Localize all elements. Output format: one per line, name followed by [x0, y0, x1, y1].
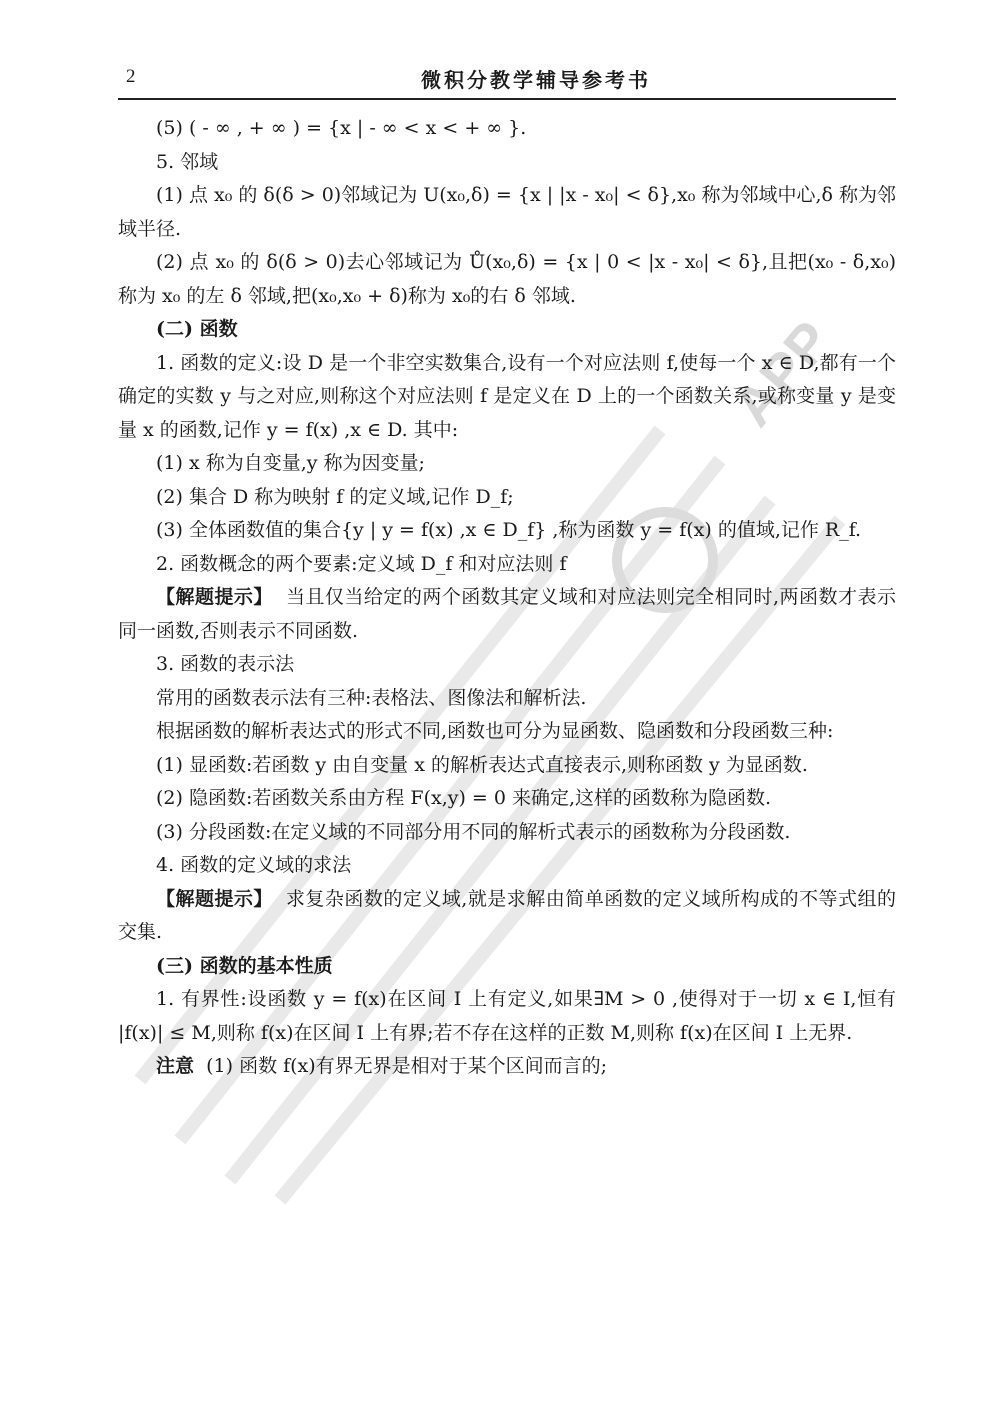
paragraph-definition-2: (2) 集合 D 称为映射 f 的定义域,记作 D_f; [118, 481, 896, 515]
body-text: (5) ( - ∞ , + ∞ ) = {x | - ∞ < x < + ∞ }… [118, 112, 896, 1084]
paragraph-function-definition: 1. 函数的定义:设 D 是一个非空实数集合,设有一个对应法则 f,使每一个 x… [118, 347, 896, 448]
hint-label: 【解题提示】 [156, 586, 273, 608]
note-block: 注意 (1) 函数 f(x)有界无界是相对于某个区间而言的; [118, 1050, 896, 1084]
paragraph-neighborhood-1: (1) 点 x₀ 的 δ(δ > 0)邻域记为 U(x₀,δ) = {x | |… [118, 179, 896, 246]
book-title: 微积分教学辅导参考书 [118, 64, 894, 93]
paragraph-two-elements: 2. 函数概念的两个要素:定义域 D_f 和对应法则 f [118, 548, 896, 582]
paragraph-piecewise-function: (3) 分段函数:在定义域的不同部分用不同的解析式表示的函数称为分段函数. [118, 816, 896, 850]
paragraph-implicit-function: (2) 隐函数:若函数关系由方程 F(x,y) = 0 来确定,这样的函数称为隐… [118, 782, 896, 816]
note-label: 注意 [156, 1055, 194, 1077]
paragraph-explicit-function: (1) 显函数:若函数 y 由自变量 x 的解析表达式直接表示,则称函数 y 为… [118, 749, 896, 783]
hint-label: 【解题提示】 [156, 888, 273, 910]
heading-neighborhood: 5. 邻域 [118, 146, 896, 180]
paragraph-boundedness: 1. 有界性:设函数 y = f(x)在区间 I 上有定义,如果∃M > 0 ,… [118, 983, 896, 1050]
document-page: 2 微积分教学辅导参考书 (5) ( - ∞ , + ∞ ) = {x | - … [0, 0, 992, 1403]
paragraph-interval-5: (5) ( - ∞ , + ∞ ) = {x | - ∞ < x < + ∞ }… [118, 112, 896, 146]
paragraph-domain-method: 4. 函数的定义域的求法 [118, 849, 896, 883]
page-header: 2 微积分教学辅导参考书 [118, 62, 894, 98]
note-text: (1) 函数 f(x)有界无界是相对于某个区间而言的; [206, 1055, 607, 1077]
hint-block-1: 【解题提示】 当且仅当给定的两个函数其定义域和对应法则完全相同时,两函数才表示同… [118, 581, 896, 648]
section-heading-properties: (三) 函数的基本性质 [118, 950, 896, 984]
header-divider [118, 98, 896, 100]
paragraph-neighborhood-2: (2) 点 x₀ 的 δ(δ > 0)去心邻域记为 Ů(x₀,δ) = {x |… [118, 246, 896, 313]
section-heading-function: (二) 函数 [118, 313, 896, 347]
paragraph-definition-3: (3) 全体函数值的集合{y | y = f(x) ,x ∈ D_f} ,称为函… [118, 514, 896, 548]
paragraph-definition-1: (1) x 称为自变量,y 称为因变量; [118, 447, 896, 481]
hint-block-2: 【解题提示】 求复杂函数的定义域,就是求解由简单函数的定义域所构成的不等式组的交… [118, 883, 896, 950]
paragraph-function-types: 根据函数的解析表达式的形式不同,函数也可分为显函数、隐函数和分段函数三种: [118, 715, 896, 749]
paragraph-representation-methods: 常用的函数表示法有三种:表格法、图像法和解析法. [118, 682, 896, 716]
paragraph-representation: 3. 函数的表示法 [118, 648, 896, 682]
